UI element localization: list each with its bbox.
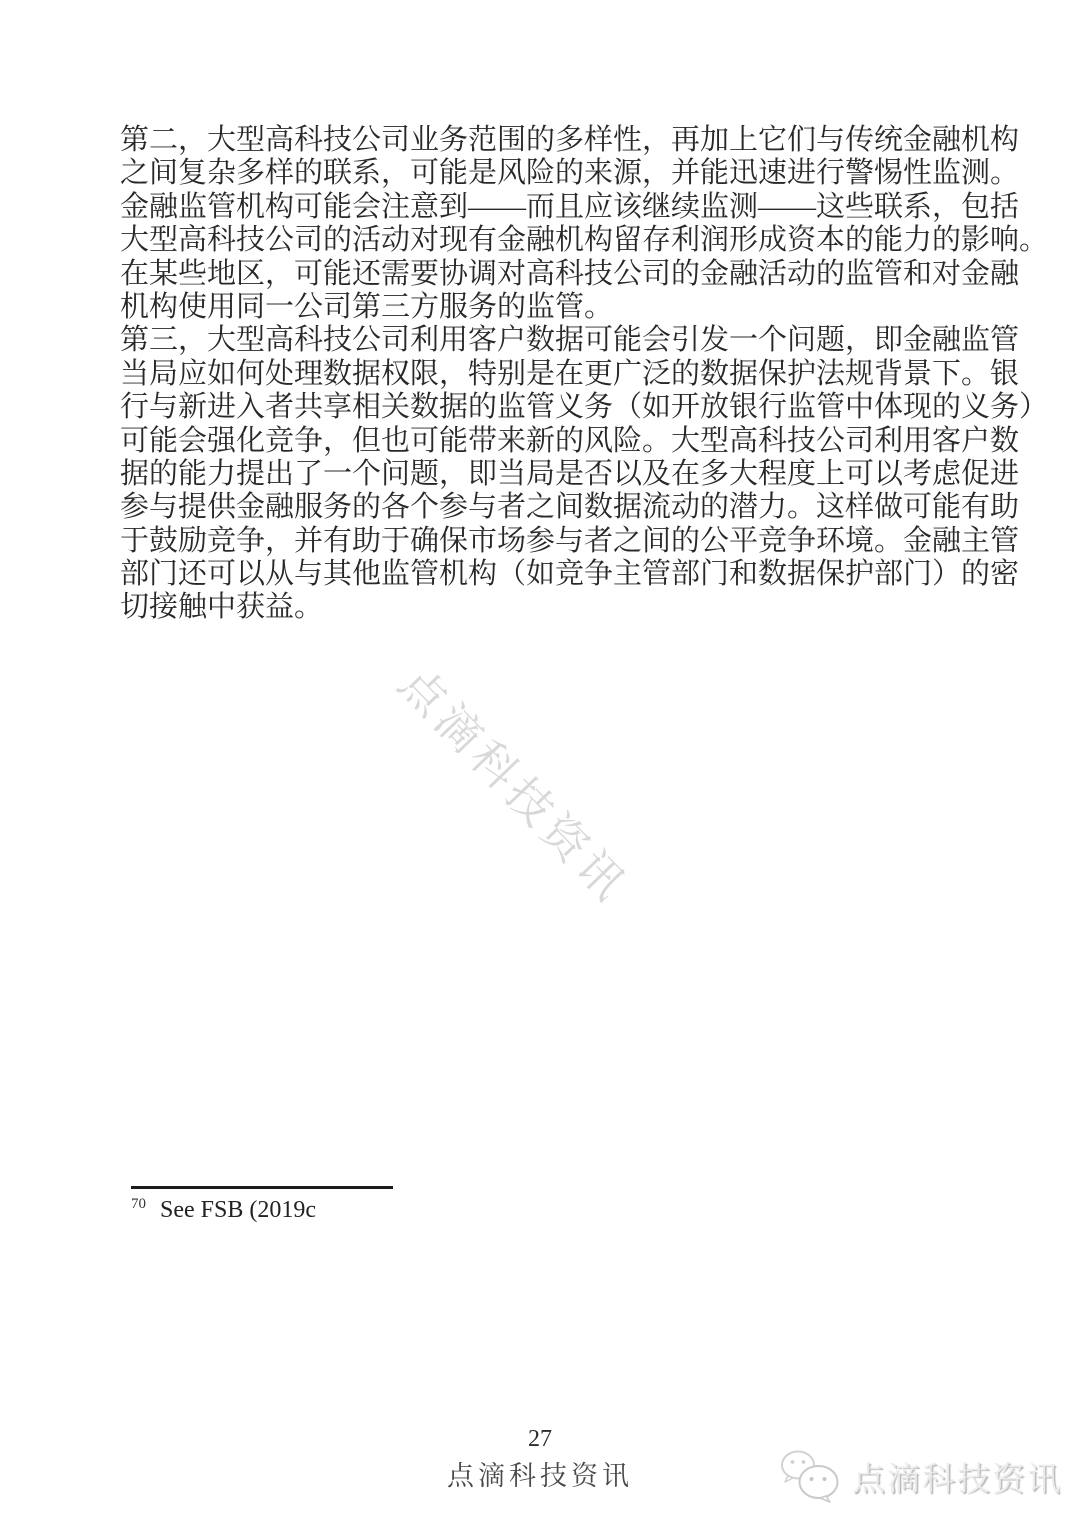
text-line: 之间复杂多样的联系，可能是风险的来源，并能迅速进行警惕性监测。	[120, 157, 962, 190]
text-line: 机构使用同一公司第三方服务的监管。	[120, 291, 962, 324]
body-text: 第二，大型高科技公司业务范围的多样性，再加上它们与传统金融机构之间复杂多样的联系…	[120, 124, 962, 625]
diagonal-watermark-text: 点滴科技资讯	[387, 650, 646, 915]
paragraph-second: 第二，大型高科技公司业务范围的多样性，再加上它们与传统金融机构之间复杂多样的联系…	[120, 124, 962, 324]
footnote-separator	[131, 1186, 393, 1189]
footnote: 70See FSB (2019c	[131, 1196, 316, 1224]
text-line: 行与新进入者共享相关数据的监管义务（如开放银行监管中体现的义务）	[120, 391, 962, 424]
text-line: 第二，大型高科技公司业务范围的多样性，再加上它们与传统金融机构	[120, 124, 962, 157]
footnote-text: See FSB (2019c	[160, 1197, 316, 1223]
text-line: 当局应如何处理数据权限，特别是在更广泛的数据保护法规背景下。银	[120, 358, 962, 391]
text-line: 参与提供金融服务的各个参与者之间数据流动的潜力。这样做可能有助	[120, 491, 962, 524]
page-number: 27	[0, 1426, 1080, 1453]
text-line: 金融监管机构可能会注意到——而且应该继续监测——这些联系，包括	[120, 191, 962, 224]
text-line: 于鼓励竞争，并有助于确保市场参与者之间的公平竞争环境。金融主管	[120, 525, 962, 558]
text-line: 据的能力提出了一个问题，即当局是否以及在多大程度上可以考虑促进	[120, 458, 962, 491]
footnote-marker: 70	[131, 1196, 146, 1212]
footer-brand: 点滴科技资讯	[0, 1454, 1080, 1493]
text-line: 切接触中获益。	[120, 591, 962, 624]
document-page: 第二，大型高科技公司业务范围的多样性，再加上它们与传统金融机构之间复杂多样的联系…	[0, 0, 1080, 1526]
text-line: 第三，大型高科技公司利用客户数据可能会引发一个问题，即金融监管	[120, 324, 962, 357]
text-line: 部门还可以从与其他监管机构（如竞争主管部门和数据保护部门）的密	[120, 558, 962, 591]
text-line: 大型高科技公司的活动对现有金融机构留存利润形成资本的能力的影响。	[120, 224, 962, 257]
paragraph-third: 第三，大型高科技公司利用客户数据可能会引发一个问题，即金融监管当局应如何处理数据…	[120, 324, 962, 625]
text-line: 在某些地区，可能还需要协调对高科技公司的金融活动的监管和对金融	[120, 258, 962, 291]
text-line: 可能会强化竞争，但也可能带来新的风险。大型高科技公司利用客户数	[120, 425, 962, 458]
